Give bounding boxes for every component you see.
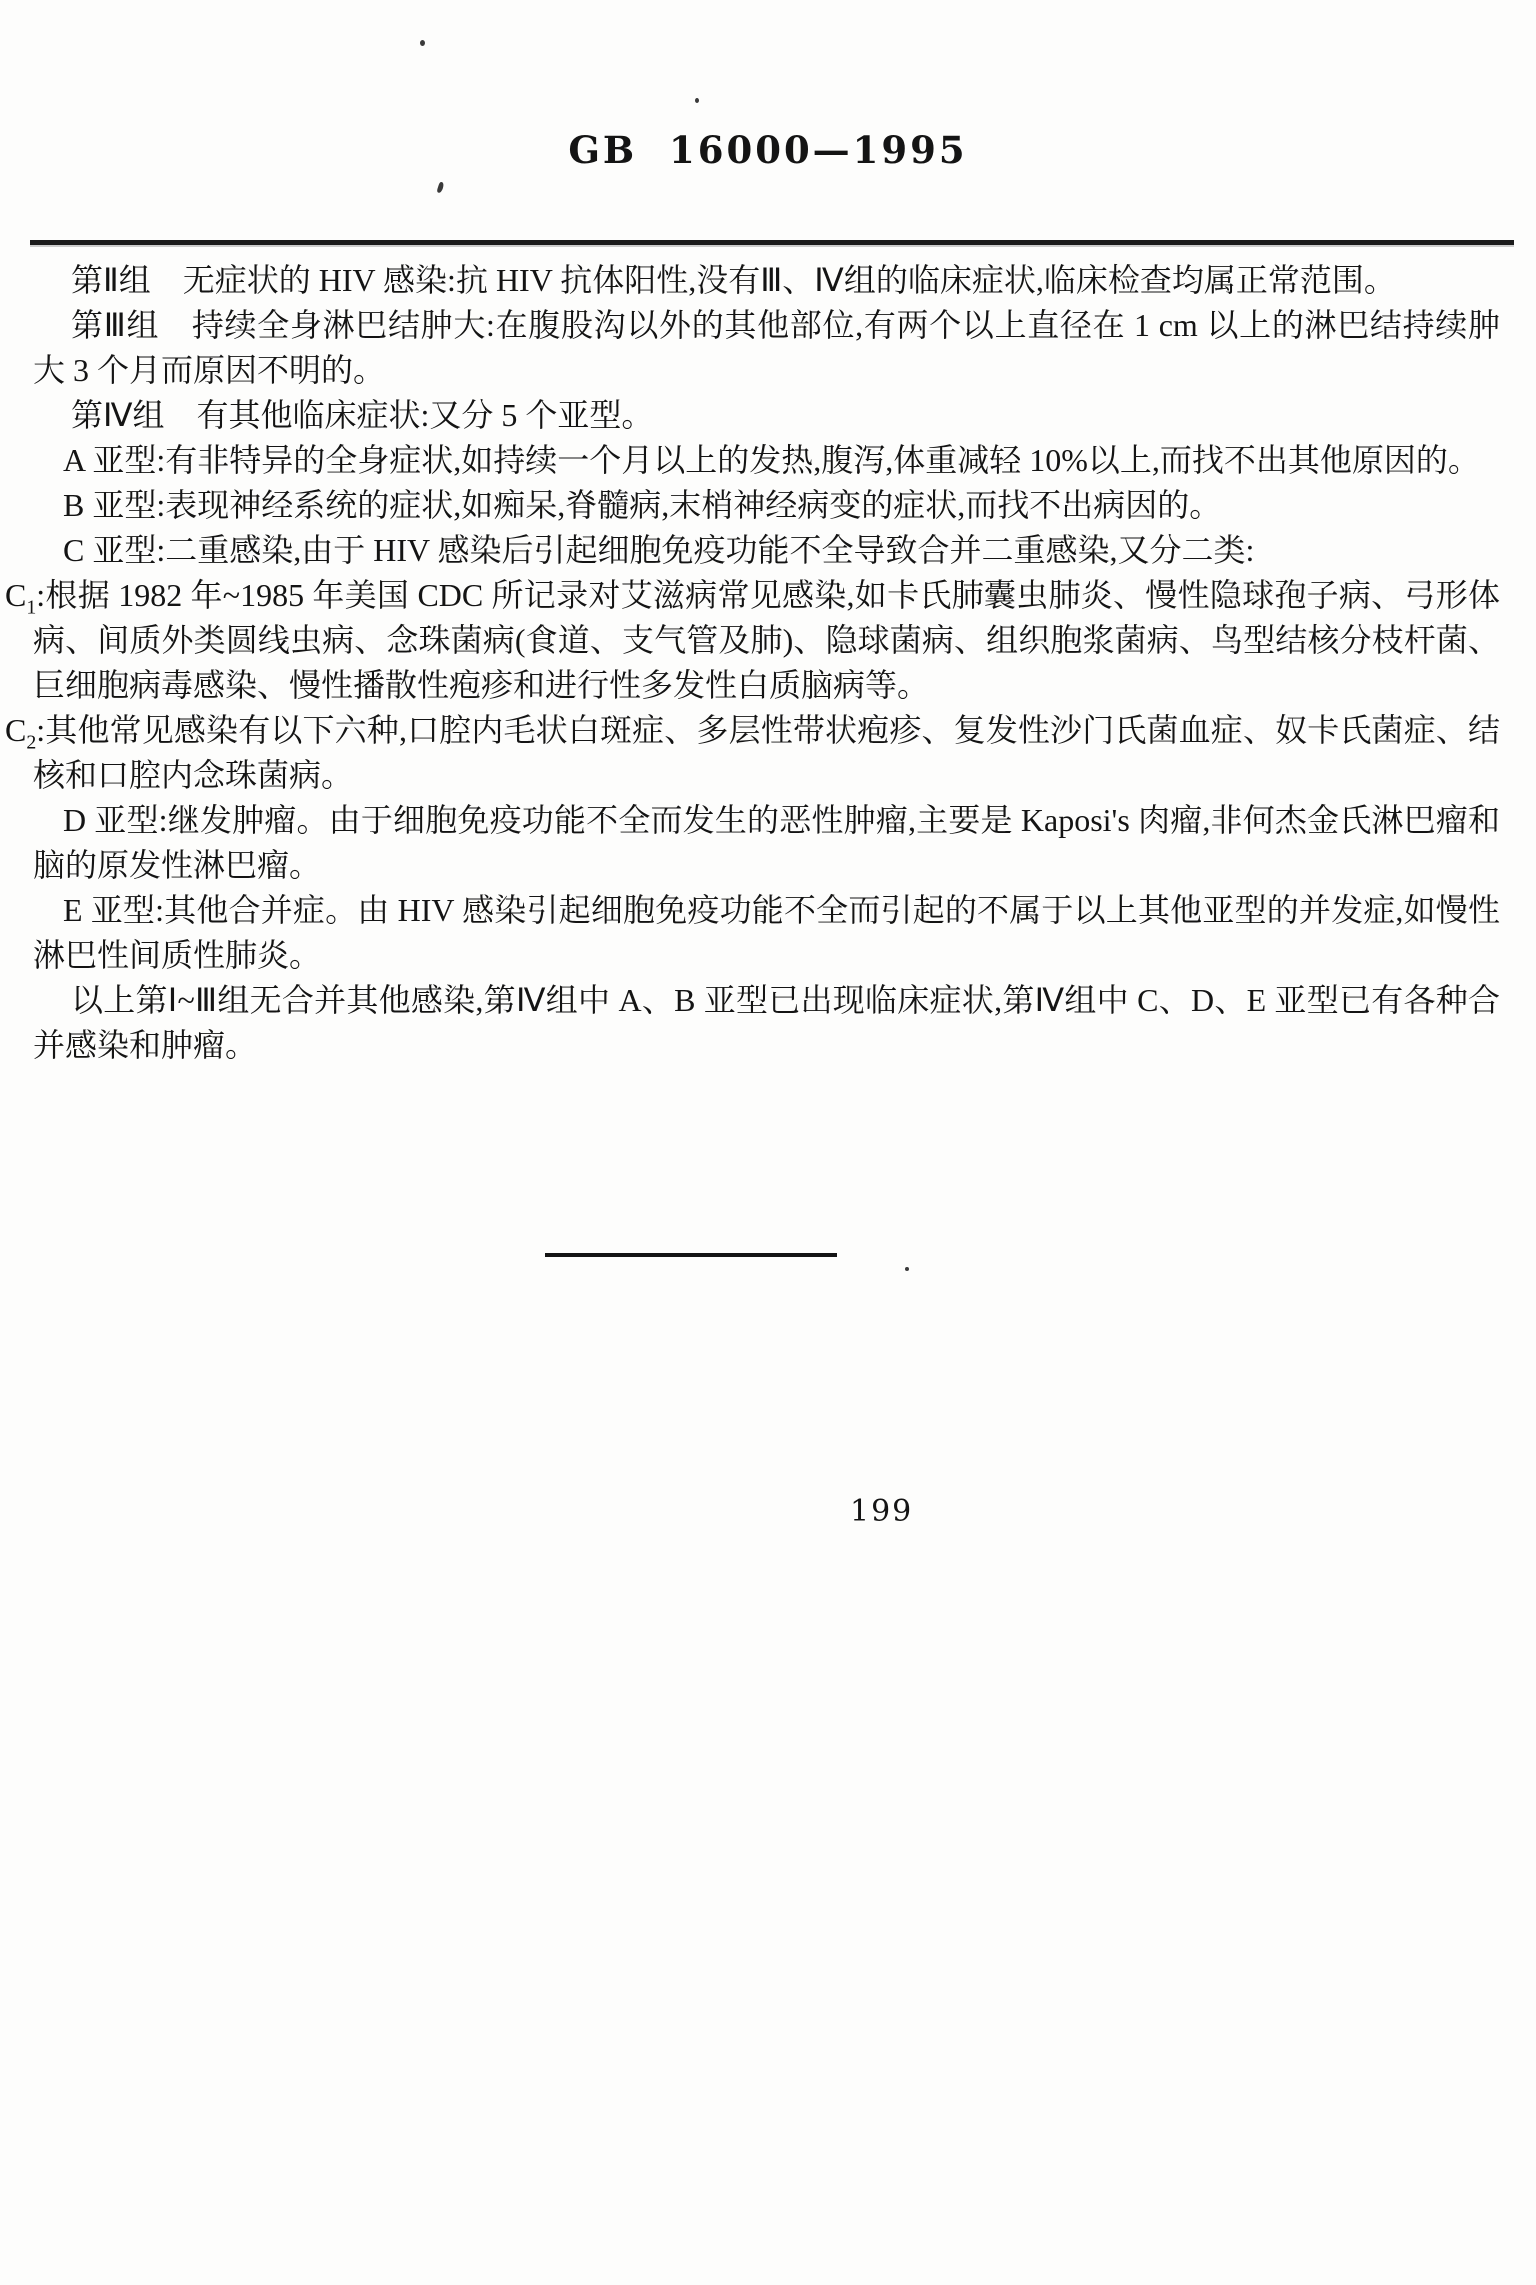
scan-artifact: [905, 1267, 909, 1271]
c1-label-subscript: 1: [26, 596, 36, 618]
paragraph-group-ii: 第Ⅱ组 无症状的 HIV 感染:抗 HIV 抗体阳性,没有Ⅲ、Ⅳ组的临床症状,临…: [33, 258, 1500, 303]
paragraph-subtype-c: C 亚型:二重感染,由于 HIV 感染后引起细胞免疫功能不全导致合并二重感染,又…: [33, 528, 1500, 573]
c1-label-base: C: [5, 577, 26, 613]
c1-label: C1: [5, 577, 36, 613]
c2-label-base: C: [5, 712, 26, 748]
paragraph-group-iii: 第Ⅲ组 持续全身淋巴结肿大:在腹股沟以外的其他部位,有两个以上直径在 1 cm …: [33, 303, 1500, 393]
scan-artifact: [420, 40, 425, 46]
header-divider-rule: [30, 240, 1514, 245]
scanned-document-page: GB 16000—1995 第Ⅱ组 无症状的 HIV 感染:抗 HIV 抗体阳性…: [0, 0, 1536, 2285]
c2-label-subscript: 2: [26, 731, 36, 753]
paragraph-closing: 以上第Ⅰ~Ⅲ组无合并其他感染,第Ⅳ组中 A、B 亚型已出现临床症状,第Ⅳ组中 C…: [33, 978, 1500, 1068]
paragraph-c2: C2:其他常见感染有以下六种,口腔内毛状白斑症、多层性带状疱疹、复发性沙门氏菌血…: [33, 708, 1500, 798]
standard-code-header: GB 16000—1995: [0, 128, 1536, 172]
paragraph-subtype-d: D 亚型:继发肿瘤。由于细胞免疫功能不全而发生的恶性肿瘤,主要是 Kaposi'…: [33, 798, 1500, 888]
paragraph-subtype-b: B 亚型:表现神经系统的症状,如痴呆,脊髓病,末梢神经病变的症状,而找不出病因的…: [33, 483, 1500, 528]
paragraph-group-iv: 第Ⅳ组 有其他临床症状:又分 5 个亚型。: [33, 393, 1500, 438]
page-number: 199: [850, 1494, 913, 1529]
end-of-text-rule: [545, 1253, 837, 1257]
c1-text: :根据 1982 年~1985 年美国 CDC 所记录对艾滋病常见感染,如卡氏肺…: [33, 577, 1500, 703]
paragraph-c1: C1:根据 1982 年~1985 年美国 CDC 所记录对艾滋病常见感染,如卡…: [33, 573, 1500, 708]
paragraph-subtype-a: A 亚型:有非特异的全身症状,如持续一个月以上的发热,腹泻,体重减轻 10%以上…: [33, 438, 1500, 483]
c2-label: C2: [5, 712, 36, 748]
paragraph-subtype-e: E 亚型:其他合并症。由 HIV 感染引起细胞免疫功能不全而引起的不属于以上其他…: [33, 888, 1500, 978]
document-body: 第Ⅱ组 无症状的 HIV 感染:抗 HIV 抗体阳性,没有Ⅲ、Ⅳ组的临床症状,临…: [33, 258, 1500, 1068]
c2-text: :其他常见感染有以下六种,口腔内毛状白斑症、多层性带状疱疹、复发性沙门氏菌血症、…: [33, 712, 1500, 793]
scan-artifact: [436, 181, 444, 193]
scan-artifact: [695, 98, 699, 103]
